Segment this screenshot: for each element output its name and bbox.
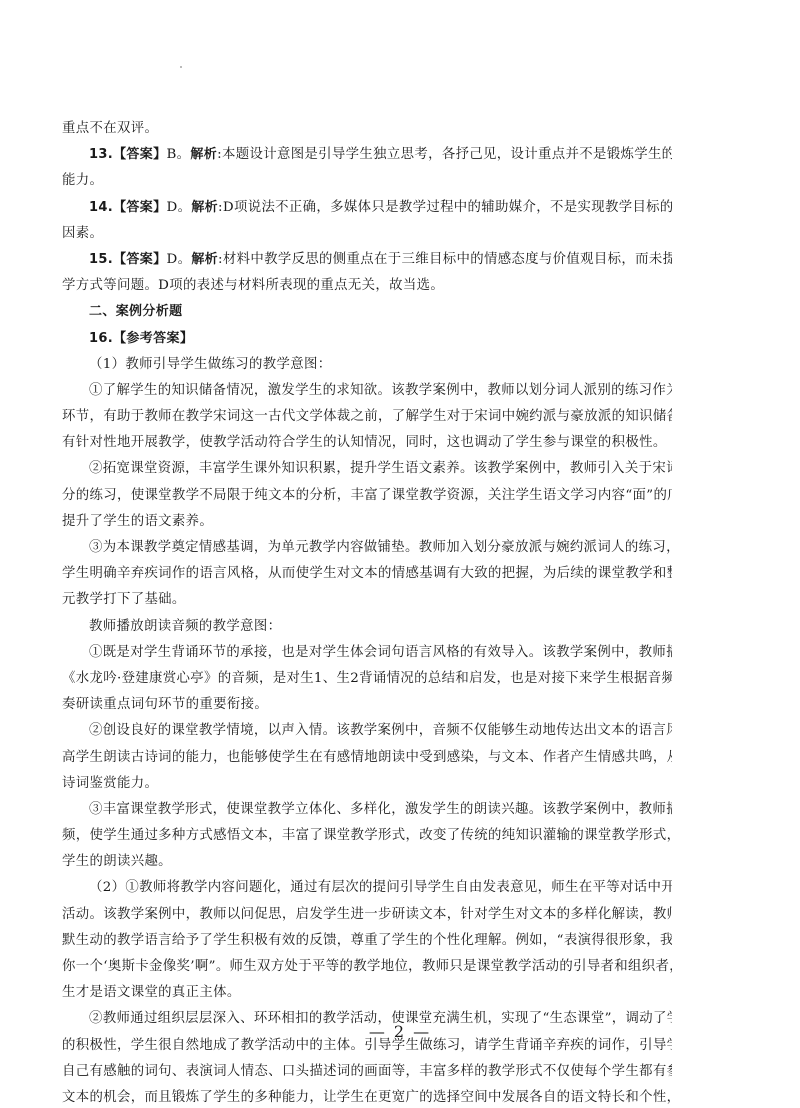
analysis-label: 解析 bbox=[191, 252, 218, 267]
text-line: 活动。该教学案例中，教师以问促思，启发学生进一步研读文本，针对学生对文本的多样化… bbox=[62, 902, 672, 928]
text-line: 重点不在双评。 bbox=[62, 116, 672, 142]
answer-13: 13.【答案】B。解析:本题设计意图是引导学生独立思考，各抒己见，设计重点并不是… bbox=[62, 142, 672, 168]
scan-speck bbox=[180, 66, 182, 68]
text-line: 教师播放朗读音频的教学意图： bbox=[62, 614, 672, 640]
text-line: 默生动的教学语言给予了学生积极有效的反馈，尊重了学生的个性化理解。例如，“表演得… bbox=[62, 928, 672, 954]
analysis-text: :本题设计意图是引导学生独立思考，各抒己见，设计重点并不是锻炼学生的写作 bbox=[217, 147, 672, 162]
analysis-text: :D项说法不正确，多媒体只是教学过程中的辅助媒介，不是实现教学目标的决定性 bbox=[218, 200, 672, 215]
text-line: 频，使学生通过多种方式感悟文本，丰富了课堂教学形式，改变了传统的纯知识灌输的课堂… bbox=[62, 823, 672, 849]
text-line: ①既是对学生背诵环节的承接，也是对学生体会词句语言风格的有效导入。该教学案例中，… bbox=[62, 640, 672, 666]
section-heading: 二、案例分析题 bbox=[62, 299, 672, 325]
text-line: （1）教师引导学生做练习的教学意图： bbox=[62, 352, 672, 378]
text-line: 文本的机会，而且锻炼了学生的多种能力，让学生在更宽广的选择空间中发展各自的语文特… bbox=[62, 1085, 672, 1108]
text-line: 能力。 bbox=[62, 168, 672, 194]
text-line: 分的练习，使课堂教学不局限于纯文本的分析，丰富了课堂教学资源，关注学生语文学习内… bbox=[62, 483, 672, 509]
answer-15: 15.【答案】D。解析:材料中教学反思的侧重点在于三维目标中的情感态度与价值观目… bbox=[62, 247, 672, 273]
text-line: 因素。 bbox=[62, 221, 672, 247]
question-heading: 16.【参考答案】 bbox=[62, 326, 672, 352]
text-line: ③丰富课堂教学形式，使课堂教学立体化、多样化，激发学生的朗读兴趣。该教学案例中，… bbox=[62, 797, 672, 823]
document-body: 重点不在双评。 13.【答案】B。解析:本题设计意图是引导学生独立思考，各抒己见… bbox=[62, 116, 672, 1108]
text-line: 《水龙吟·登建康赏心亭》的音频，是对生1、生2背诵情况的总结和启发，也是对接下来… bbox=[62, 666, 672, 692]
text-line: 环节，有助于教师在教学宋词这一古代文学体裁之前，了解学生对于宋词中婉约派与豪放派… bbox=[62, 404, 672, 430]
text-line: 元教学打下了基础。 bbox=[62, 587, 672, 613]
answer-value: D。 bbox=[166, 252, 191, 267]
page-number: — 2 — bbox=[0, 1022, 800, 1041]
text-line: ①了解学生的知识储备情况，激发学生的求知欲。该教学案例中，教师以划分词人派别的练… bbox=[62, 378, 672, 404]
text-line: 学方式等问题。D项的表述与材料所表现的重点无关，故当选。 bbox=[62, 273, 672, 299]
text-line: 奏研读重点词句环节的重要衔接。 bbox=[62, 692, 672, 718]
answer-value: B。 bbox=[166, 147, 190, 162]
answer-label: 14.【答案】 bbox=[89, 200, 166, 215]
text-line: ②创设良好的课堂教学情境，以声入情。该教学案例中，音频不仅能够生动地传达出文本的… bbox=[62, 718, 672, 744]
text-line: 诗词鉴赏能力。 bbox=[62, 771, 672, 797]
answer-14: 14.【答案】D。解析:D项说法不正确，多媒体只是教学过程中的辅助媒介，不是实现… bbox=[62, 195, 672, 221]
answer-value: D。 bbox=[166, 200, 191, 215]
answer-label: 13.【答案】 bbox=[89, 147, 166, 162]
analysis-text: :材料中教学反思的侧重点在于三维目标中的情感态度与价值观目标，而未提及教 bbox=[218, 252, 672, 267]
text-line: 你一个‘奥斯卡金像奖’啊”。师生双方处于平等的教学地位，教师只是课堂教学活动的引… bbox=[62, 954, 672, 980]
text-line: ③为本课教学奠定情感基调，为单元教学内容做铺垫。教师加入划分豪放派与婉约派词人的… bbox=[62, 535, 672, 561]
text-line: 有针对性地开展教学，使教学活动符合学生的认知情况，同时，这也调动了学生参与课堂的… bbox=[62, 430, 672, 456]
analysis-label: 解析 bbox=[190, 147, 217, 162]
text-line: 生才是语文课堂的真正主体。 bbox=[62, 980, 672, 1006]
text-line: 学生明确辛弃疾词作的语言风格，从而使学生对文本的情感基调有大致的把握，为后续的课… bbox=[62, 561, 672, 587]
text-line: ②拓宽课堂资源，丰富学生课外知识积累，提升学生语文素养。该教学案例中，教师引入关… bbox=[62, 456, 672, 482]
text-line: 自己有感触的词句、表演词人情态、口头描述词的画面等，丰富多样的教学形式不仅使每个… bbox=[62, 1059, 672, 1085]
answer-label: 15.【答案】 bbox=[89, 252, 166, 267]
text-line: 学生的朗读兴趣。 bbox=[62, 849, 672, 875]
text-line: 提升了学生的语文素养。 bbox=[62, 509, 672, 535]
text-line: 高学生朗读古诗词的能力，也能够使学生在有感情地朗读中受到感染，与文本、作者产生情… bbox=[62, 745, 672, 771]
text-line: （2）①教师将教学内容问题化，通过有层次的提问引导学生自由发表意见，师生在平等对… bbox=[62, 875, 672, 901]
analysis-label: 解析 bbox=[191, 200, 218, 215]
